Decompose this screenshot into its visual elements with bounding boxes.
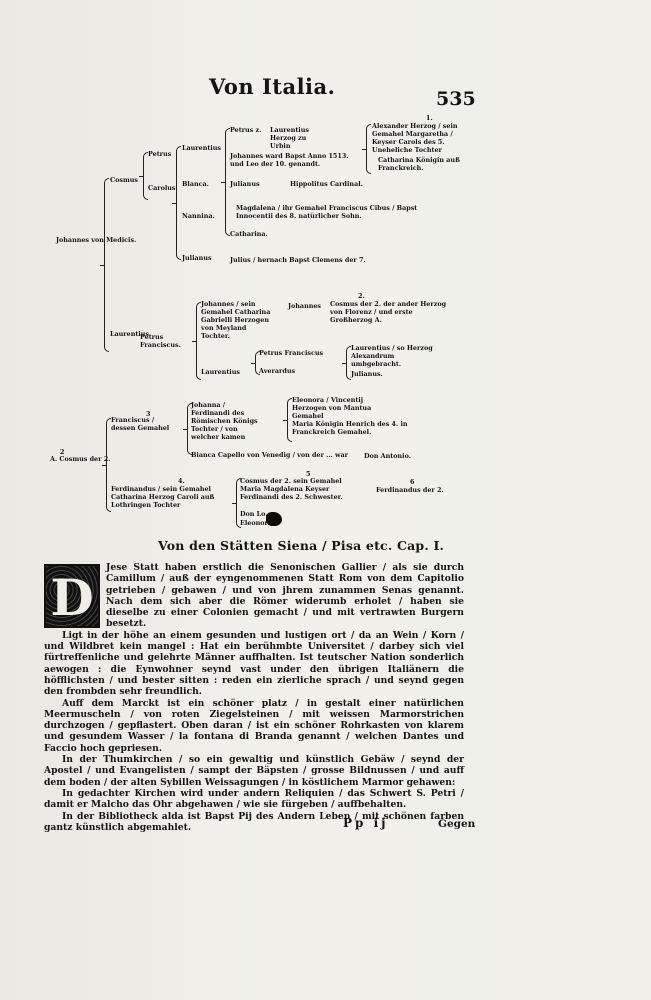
node-eleonora: Eleonora / Vincentij Herzogen von Mantua…: [292, 396, 392, 420]
page-number: 535: [436, 88, 476, 110]
node-johanna: Johanna / Ferdinandi des Römischen König…: [191, 401, 259, 441]
node-catharina: Catharina.: [230, 230, 268, 238]
node-carolus: Carolus.: [148, 184, 178, 192]
node-julianus-2: Julianus: [230, 180, 260, 188]
node-petrus-franciscus: Petrus Franciscus.: [140, 333, 180, 349]
node-laurentius-alexander: Laurentius / so Herzog Alexandrum umbgeb…: [351, 344, 439, 368]
body-text: D Jese Statt haben erstlich die Senonisc…: [44, 562, 464, 833]
node-petrus: Petrus: [148, 150, 171, 158]
paragraph: In der Bibliotheck alda ist Bapst Pij de…: [44, 811, 464, 834]
node-root: Johannes von Medicis.: [56, 236, 136, 244]
node-catharina-france: Catharina Königin auß Franckreich.: [378, 156, 474, 172]
chapter-heading: Von den Stätten Siena / Pisa etc. Cap. I…: [158, 538, 444, 553]
node-alexander: Alexander Herzog / sein Gemahel Margaret…: [372, 122, 472, 154]
node-franciscus: Franciscus / dessen Gemahel: [111, 416, 171, 432]
node-number: 2.: [358, 292, 365, 300]
node-laurentius: Laurentius: [182, 144, 221, 152]
brace: [143, 152, 148, 200]
node-johannes-b: Johannes: [288, 302, 321, 310]
node-johannes-gemahel: Johannes / sein Gemahel Catharina Gabrie…: [201, 300, 271, 340]
node-petrus-franciscus-2: Petrus Franciscus: [259, 349, 323, 357]
signature-mark: Pp ij: [343, 816, 389, 830]
paragraph: Jese Statt haben erstlich die Senonische…: [44, 562, 464, 630]
node-petrus-z: Petrus z.: [230, 126, 261, 134]
node-cosmus: Cosmus: [110, 176, 138, 184]
node-julius-clemens: Julius / hernach Bapst Clemens der 7.: [230, 256, 366, 264]
node-cosmus-magdalena: Cosmus der 2. sein Gemahel Maria Magdale…: [240, 477, 344, 501]
brace: [104, 178, 109, 352]
node-cosmus-2: A. Cosmus der 2.: [50, 455, 110, 463]
paragraph: Auff dem Marckt ist ein schöner platz / …: [44, 698, 464, 754]
node-cosmus-grossherzog: Cosmus der 2. der ander Herzog von Flore…: [330, 300, 454, 324]
node-ferdinandus: Ferdinandus / sein Gemahel Catharina Her…: [111, 485, 221, 509]
node-nannina: Nannina.: [182, 212, 215, 220]
paragraph: Ligt in der höhe an einem gesunden und l…: [44, 630, 464, 698]
node-julianus-b: Julianus.: [351, 370, 383, 378]
catchword: Gegen: [438, 818, 475, 830]
node-magdalena: Magdalena / ihr Gemahel Franciscus Cibus…: [236, 204, 446, 220]
node-maria-medici: Maria Königin Henrich des 4. in Franckre…: [292, 420, 416, 436]
ink-blot: [266, 512, 282, 526]
paragraph: In der Thumkirchen / so ein gewaltig und…: [44, 754, 464, 788]
paragraph: In gedachter Kirchen wird under andern R…: [44, 788, 464, 811]
node-number: 4.: [178, 477, 185, 485]
node-number: 6: [410, 478, 414, 486]
node-ferdinandus-2: Ferdinandus der 2.: [376, 486, 444, 494]
node-hippolitus: Hippolitus Cardinal.: [290, 180, 363, 188]
node-laurentius-c: Laurentius: [201, 368, 240, 376]
node-blanca: Blanca.: [182, 180, 209, 188]
node-johannes-leo-x: Johannes ward Bapst Anno 1513. und Leo d…: [230, 152, 360, 168]
node-julianus: Julianus: [182, 254, 212, 262]
node-don-antonio: Don Antonio.: [364, 452, 411, 460]
brace: [176, 146, 181, 260]
node-bianca-capello: Bianca Capello von Venedig / von der ...…: [191, 451, 348, 459]
running-title: Von Italia.: [209, 74, 335, 99]
node-laurentius-herzog: Laurentius Herzog zu Urbin: [270, 126, 328, 150]
node-number: 1.: [426, 114, 433, 122]
node-averardus: Averardus: [259, 367, 295, 375]
brace: [366, 124, 371, 174]
node-laurentius-b: Laurentius: [110, 330, 138, 338]
decorated-initial: D: [44, 564, 100, 628]
